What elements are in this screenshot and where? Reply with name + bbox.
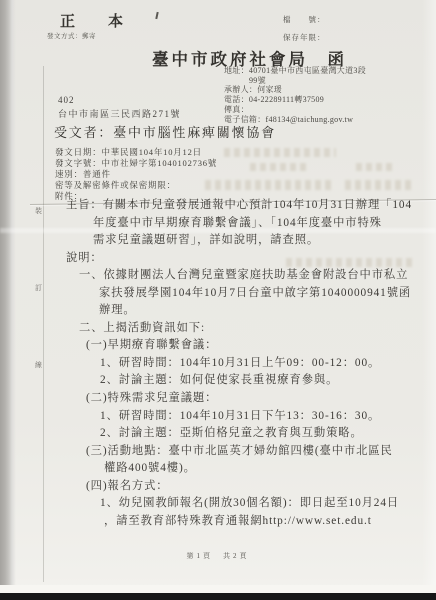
delivery-method: 發文方式：郵寄 <box>47 31 96 40</box>
body-line: 辦理。 <box>0 302 436 320</box>
body-line: 一、依據財團法人台灣兒童暨家庭扶助基金會附設台中市私立 <box>0 267 436 285</box>
body-line: ，請至教育部特殊教育通報網http://www.set.edu.t <box>0 513 436 531</box>
body-line: 1、研習時間：104年10月31日上午09：00-12：00。 <box>0 355 436 373</box>
meta-doc-number: 發文字號：中市社婦字第1040102736號 <box>55 158 217 169</box>
retention-period-label: 保存年限： <box>283 32 326 43</box>
copy-type-label: 正 本 <box>60 10 132 31</box>
body-line: 2、討論主題：如何促使家長重視療育參與。 <box>0 372 436 390</box>
contact-address-line1: 地址：40701臺中市西屯區臺灣大道3段 <box>224 66 366 76</box>
letter-body: 主旨：有關本市兒童發展通報中心預計104年10月31日辦理「104 年度臺中市早… <box>0 197 436 530</box>
ink-bleedthrough <box>345 180 413 190</box>
file-number-label: 檔 號： <box>283 14 326 25</box>
body-line: 2、討論主題：亞斯伯格兒童之教育與互動策略。 <box>0 425 436 443</box>
recipient-zip: 402 <box>58 95 75 105</box>
meta-speed: 速別：普通件 <box>55 169 217 180</box>
body-line: (三)活動地點：臺中市北區英才婦幼館四樓(臺中市北區民 <box>0 443 436 461</box>
body-line: 年度臺中市早期療育聯繫會議」、「104年度臺中市特殊 <box>0 215 436 233</box>
body-line: 家扶發展學園104年10月7日台童中啟字第1040000941號函 <box>0 285 436 303</box>
page-number-footer: 第1頁 共2頁 <box>0 551 436 561</box>
body-line: (四)報名方式： <box>0 478 436 496</box>
scanned-official-letter: 正 本 發文方式：郵寄 檔 號： 保存年限： 臺中市政府社會局 函 地址：407… <box>0 0 436 600</box>
contact-phone: 電話：04-22289111轉37509 <box>224 95 366 105</box>
body-line: (一)早期療育聯繫會議： <box>0 337 436 355</box>
ink-bleedthrough <box>250 163 306 171</box>
body-line: 二、上揭活動資訊如下: <box>0 320 436 338</box>
body-line: (二)特殊需求兒童議題： <box>0 390 436 408</box>
contact-fax: 傳真： <box>224 105 366 115</box>
scan-artifact <box>155 12 158 19</box>
body-line: 權路400號4樓)。 <box>0 460 436 478</box>
body-line: 1、研習時間：104年10月31日下午13：30-16：30。 <box>0 408 436 426</box>
body-line: 1、幼兒園教師報名(開放30個名額)：即日起至10月24日 <box>0 495 436 513</box>
contact-address-line2: 99號 <box>224 76 366 86</box>
meta-date: 發文日期：中華民國104年10月12日 <box>55 147 217 158</box>
body-line: 需求兒童議題研習」，詳如說明，請查照。 <box>0 232 436 250</box>
body-line: 主旨：有關本市兒童發展通報中心預計104年10月31日辦理「104 <box>0 197 436 215</box>
ink-bleedthrough <box>356 163 396 171</box>
scan-edge-bottom-highlight <box>0 585 436 593</box>
meta-security: 密等及解密條件或保密期限： <box>55 180 217 191</box>
contact-block: 地址：40701臺中市西屯區臺灣大道3段 99號 承辦人：何家瑗 電話：04-2… <box>224 66 366 124</box>
contact-person: 承辦人：何家瑗 <box>224 85 366 95</box>
recipient-address: 台中市南區三民西路271號 <box>58 107 181 120</box>
meta-block: 發文日期：中華民國104年10月12日 發文字號：中市社婦字第104010273… <box>55 147 217 202</box>
ink-bleedthrough <box>205 180 335 190</box>
scan-edge-bottom <box>0 593 436 600</box>
body-line: 說明： <box>0 250 436 268</box>
ink-bleedthrough <box>224 148 336 157</box>
recipient-line: 受文者：臺中市腦性麻痺關懷協會 <box>54 122 276 141</box>
